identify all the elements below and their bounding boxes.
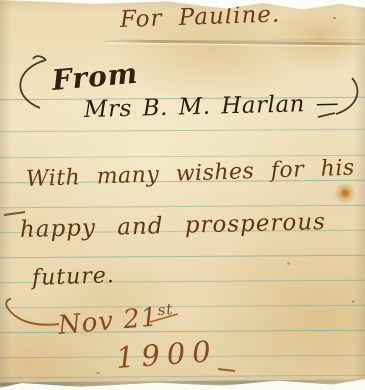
foxing-speck: [333, 17, 336, 19]
from-word: From: [51, 57, 140, 97]
ruled-line: [0, 129, 365, 133]
recipient-line: For Pauline.: [120, 1, 281, 33]
message-line-1: With many wishes for his: [26, 156, 356, 192]
date-year: 1900: [115, 334, 219, 375]
year-trailing-dash: [218, 369, 235, 371]
date-lead-flourish: [6, 299, 59, 325]
ruled-line: [0, 255, 365, 259]
ruled-line: [0, 305, 365, 309]
ruled-line: [0, 375, 365, 379]
opening-paren-flourish: [20, 56, 46, 108]
ruled-line: [0, 205, 365, 209]
sender-name: Mrs B. M. Harlan: [84, 91, 306, 123]
sender-dash: —: [315, 90, 339, 117]
date-ordinal: st: [157, 300, 174, 319]
paper-bottom-edge-shadow: [0, 379, 359, 386]
aged-note-paper: For Pauline. From Mrs B. M. Harlan — Wit…: [0, 0, 365, 390]
message-line-3: future.: [32, 263, 116, 291]
date-day: Nov 21: [57, 302, 160, 341]
message-line-2: happy and prosperous: [20, 209, 327, 243]
scanned-note-photo: For Pauline. From Mrs B. M. Harlan — Wit…: [0, 0, 365, 390]
stray-ink-stroke: [4, 212, 25, 215]
ruled-line: [0, 330, 365, 334]
foxing-speck: [352, 300, 355, 303]
sender-line: Mrs B. M. Harlan —: [84, 90, 340, 123]
foxing-speck: [287, 262, 290, 265]
foxing-speck: [96, 372, 100, 374]
